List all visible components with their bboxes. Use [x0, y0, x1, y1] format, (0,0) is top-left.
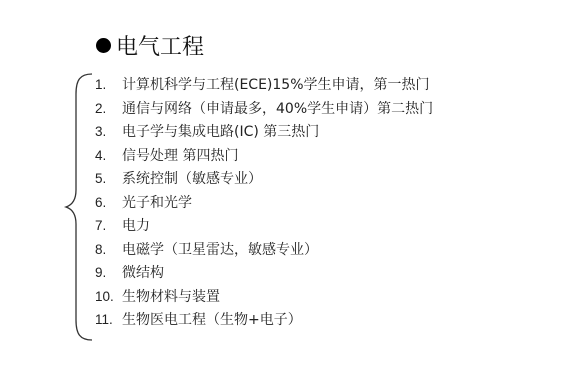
- list-item: 4.信号处理 第四热门: [95, 144, 433, 168]
- section-heading: 电气工程: [96, 34, 204, 62]
- list-item: 5.系统控制（敏感专业）: [95, 167, 433, 191]
- list-item: 11.生物医电工程（生物+电子）: [95, 308, 433, 332]
- list-item: 8.电磁学（卫星雷达，敏感专业）: [95, 238, 433, 262]
- curly-brace-icon: [62, 72, 98, 342]
- heading-text: 电气工程: [116, 35, 204, 60]
- list-item: 6.光子和光学: [95, 191, 433, 215]
- list-item: 10.生物材料与装置: [95, 285, 433, 309]
- list-item: 7.电力: [95, 214, 433, 238]
- list-item: 9.微结构: [95, 261, 433, 285]
- major-list: 1.计算机科学与工程(ECE)15%学生申请，第一热门 2.通信与网络（申请最多…: [95, 73, 433, 332]
- bullet-icon: [96, 38, 111, 53]
- list-item: 3.电子学与集成电路(IC) 第三热门: [95, 120, 433, 144]
- list-item: 1.计算机科学与工程(ECE)15%学生申请，第一热门: [95, 73, 433, 97]
- list-item: 2.通信与网络（申请最多，40%学生申请）第二热门: [95, 97, 433, 121]
